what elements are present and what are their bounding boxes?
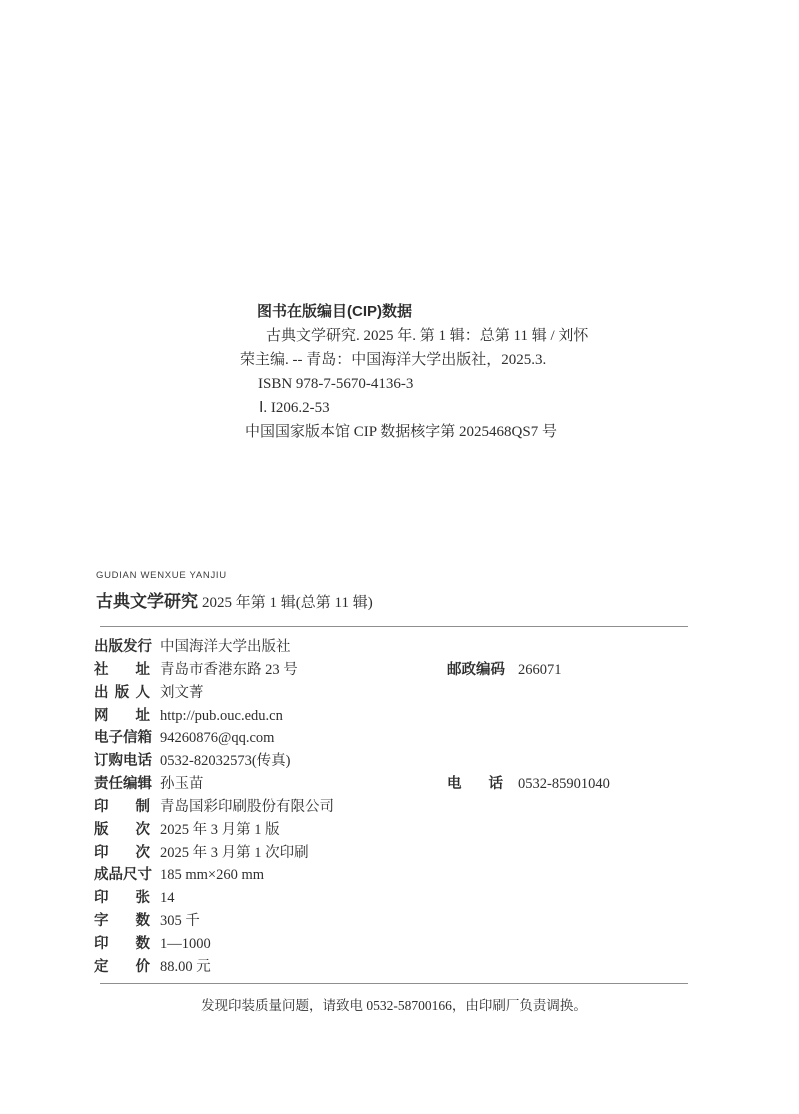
row-label: 出版发行 <box>94 636 150 659</box>
row-value: 青岛国彩印刷股份有限公司 <box>160 799 334 815</box>
cip-heading: 图书在版编目(CIP)数据 <box>257 300 600 324</box>
colophon-row-publisher: 出版发行中国海洋大学出版社 <box>90 636 730 659</box>
colophon-row-impression: 印次2025 年 3 月第 1 次印刷 <box>90 842 730 865</box>
row-label: 网址 <box>94 705 150 728</box>
row-label: 定价 <box>94 956 150 979</box>
row-value: 中国海洋大学出版社 <box>160 639 291 655</box>
row-label: 印张 <box>94 887 150 910</box>
postal-code-group: 邮政编码266071 <box>447 659 562 682</box>
row-label-right: 电话 <box>447 773 503 796</box>
colophon-row-sheets: 印张14 <box>90 887 730 910</box>
quality-notice: 发现印装质量问题，请致电 0532-58700166，由印刷厂负责调换。 <box>100 994 688 1014</box>
row-value: http://pub.ouc.edu.cn <box>160 708 283 724</box>
row-value: 2025 年 3 月第 1 版 <box>160 822 280 838</box>
row-value: 94260876@qq.com <box>160 730 274 746</box>
row-label: 出版人 <box>94 682 150 705</box>
row-value: 185 mm×260 mm <box>160 867 264 883</box>
colophon-row-edition: 版次2025 年 3 月第 1 版 <box>90 819 730 842</box>
title-pinyin: GUDIAN WENXUE YANJIU <box>96 570 373 581</box>
row-value: 305 千 <box>160 913 200 929</box>
colophon-row-printer: 印制青岛国彩印刷股份有限公司 <box>90 796 730 819</box>
issue-info: 2025 年第 1 辑(总第 11 辑) <box>202 595 373 611</box>
row-label: 成品尺寸 <box>94 864 150 887</box>
cip-entry-line2: 荣主编. -- 青岛：中国海洋大学出版社，2025.3. <box>240 348 600 372</box>
cip-block: 图书在版编目(CIP)数据 古典文学研究. 2025 年. 第 1 辑：总第 1… <box>240 300 600 444</box>
masthead: GUDIAN WENXUE YANJIU 古典文学研究 2025 年第 1 辑(… <box>96 570 373 612</box>
book-title: 古典文学研究 <box>96 592 198 611</box>
colophon-row-order-phone: 订购电话0532-82032573(传真) <box>90 750 730 773</box>
row-value-right: 0532-85901040 <box>518 776 610 792</box>
colophon-row-editor: 责任编辑孙玉苗 电话0532-85901040 <box>90 773 730 796</box>
bottom-rule <box>100 983 688 984</box>
row-value: 孙玉苗 <box>160 776 204 792</box>
row-label: 责任编辑 <box>94 773 150 796</box>
colophon-row-email: 电子信箱94260876@qq.com <box>90 727 730 750</box>
row-label-right: 邮政编码 <box>447 659 503 682</box>
colophon-row-publisher-person: 出版人刘文菁 <box>90 682 730 705</box>
cip-classification: Ⅰ. I206.2-53 <box>259 396 600 420</box>
title-line: 古典文学研究 2025 年第 1 辑(总第 11 辑) <box>96 587 373 612</box>
cip-record-number: 中国国家版本馆 CIP 数据核字第 2025468QS7 号 <box>245 420 600 444</box>
row-value: 刘文菁 <box>160 685 204 701</box>
row-value: 0532-82032573(传真) <box>160 753 291 769</box>
row-value: 14 <box>160 890 175 906</box>
row-label: 印数 <box>94 933 150 956</box>
copyright-page: 图书在版编目(CIP)数据 古典文学研究. 2025 年. 第 1 辑：总第 1… <box>0 0 799 1114</box>
row-label: 字数 <box>94 910 150 933</box>
row-label: 印制 <box>94 796 150 819</box>
row-value-right: 266071 <box>518 662 562 678</box>
row-label: 社址 <box>94 659 150 682</box>
row-value: 88.00 元 <box>160 959 211 975</box>
row-label: 订购电话 <box>94 750 150 773</box>
colophon-row-address: 社址青岛市香港东路 23 号 邮政编码266071 <box>90 659 730 682</box>
row-label: 电子信箱 <box>94 727 150 750</box>
colophon-row-price: 定价88.00 元 <box>90 956 730 979</box>
phone-group: 电话0532-85901040 <box>447 773 610 796</box>
colophon-row-website: 网址http://pub.ouc.edu.cn <box>90 705 730 728</box>
row-label: 版次 <box>94 819 150 842</box>
colophon-row-size: 成品尺寸185 mm×260 mm <box>90 864 730 887</box>
row-label: 印次 <box>94 842 150 865</box>
row-value: 2025 年 3 月第 1 次印刷 <box>160 845 309 861</box>
row-value: 1—1000 <box>160 936 211 952</box>
cip-entry-line1: 古典文学研究. 2025 年. 第 1 辑：总第 11 辑 / 刘怀 <box>266 324 600 348</box>
cip-isbn: ISBN 978-7-5670-4136-3 <box>258 372 600 396</box>
colophon-row-print-run: 印数1—1000 <box>90 933 730 956</box>
row-value: 青岛市香港东路 23 号 <box>160 662 298 678</box>
colophon-table: 出版发行中国海洋大学出版社 社址青岛市香港东路 23 号 邮政编码266071 … <box>90 636 730 979</box>
top-rule <box>100 626 688 627</box>
colophon-row-word-count: 字数305 千 <box>90 910 730 933</box>
